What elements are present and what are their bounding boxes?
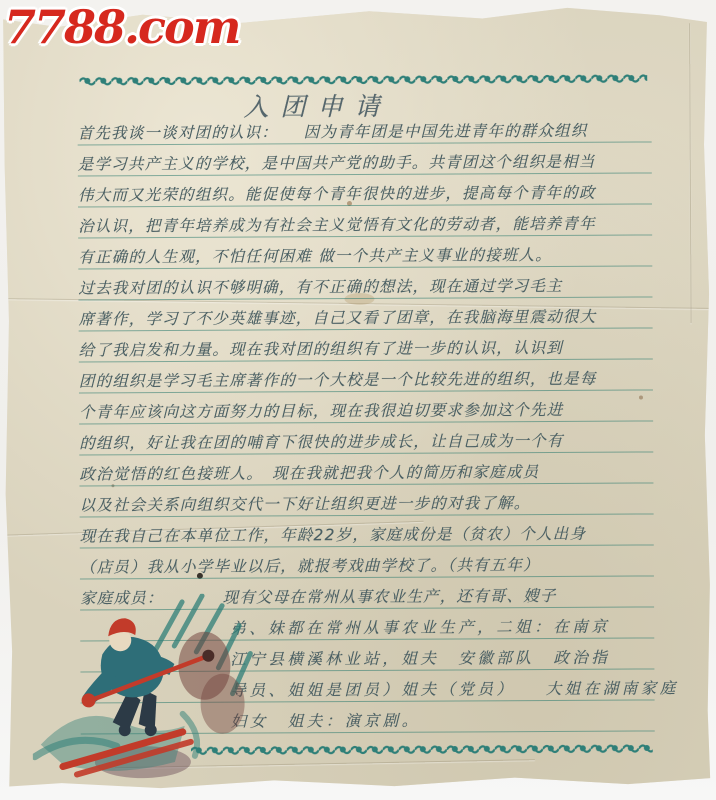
decorative-wave-border-top [79, 71, 647, 88]
watermark-7788: 7788.com [4, 4, 239, 50]
handwriting-line: 政治觉悟的红色接班人。 现在我就把我个人的简历和家庭成员 [79, 452, 653, 486]
handwriting-line: 团的组织是学习毛主席著作的一个大校是一个比较先进的组织，也是每 [79, 359, 653, 393]
handwriting-line: 现在我自己在本单位工作，年龄22岁，家庭成份是（贫农）个人出身 [80, 514, 654, 548]
handwriting-line: （店员）我从小学毕业以后，就报考戏曲学校了。（共有五年） [80, 545, 654, 579]
skier-icon [32, 593, 273, 784]
handwriting-line: 个青年应该向这方面努力的目标，现在我很迫切要求参加这个先进 [79, 390, 653, 424]
scanned-document: 入团申请 首先我谈一谈对团的认识： 因为青年团是中国先进青年的群众组织 是学习共… [0, 0, 716, 800]
handwriting-line: 是学习共产主义的学校，是中国共产党的助手。共青团这个组织是相当 [78, 142, 652, 176]
handwriting-line: 以及社会关系向组织交代一下好让组织更进一步的对我了解。 [79, 483, 653, 517]
handwriting-line: 治认识，把青年培养成为有社会主义觉悟有文化的劳动者，能培养青年 [78, 204, 652, 238]
handwriting-line: 给了我启发和力量。现在我对团的组织有了进一步的认识，认识到 [79, 328, 653, 362]
handwriting-line: 伟大而又光荣的组织。能促使每个青年很快的进步，提高每个青年的政 [78, 173, 652, 207]
handwriting-line: 过去我对团的认识不够明确，有不正确的想法，现在通过学习毛主 [78, 266, 652, 300]
paper-crease [689, 23, 692, 323]
handwriting-line: 有正确的人生观，不怕任何困难 做一个共产主义事业的接班人。 [78, 235, 652, 269]
handwriting-line: 席著作，学习了不少英雄事迹，自己又看了团章，在我脑海里震动很大 [78, 297, 652, 331]
handwriting-line: 的组织，好让我在团的哺育下很快的进步成长，让自己成为一个有 [79, 421, 653, 455]
handwriting-line: 首先我谈一谈对团的认识： 因为青年团是中国先进青年的群众组织 [78, 111, 652, 145]
paper-sheet: 入团申请 首先我谈一谈对团的认识： 因为青年团是中国先进青年的群众组织 是学习共… [1, 3, 713, 793]
